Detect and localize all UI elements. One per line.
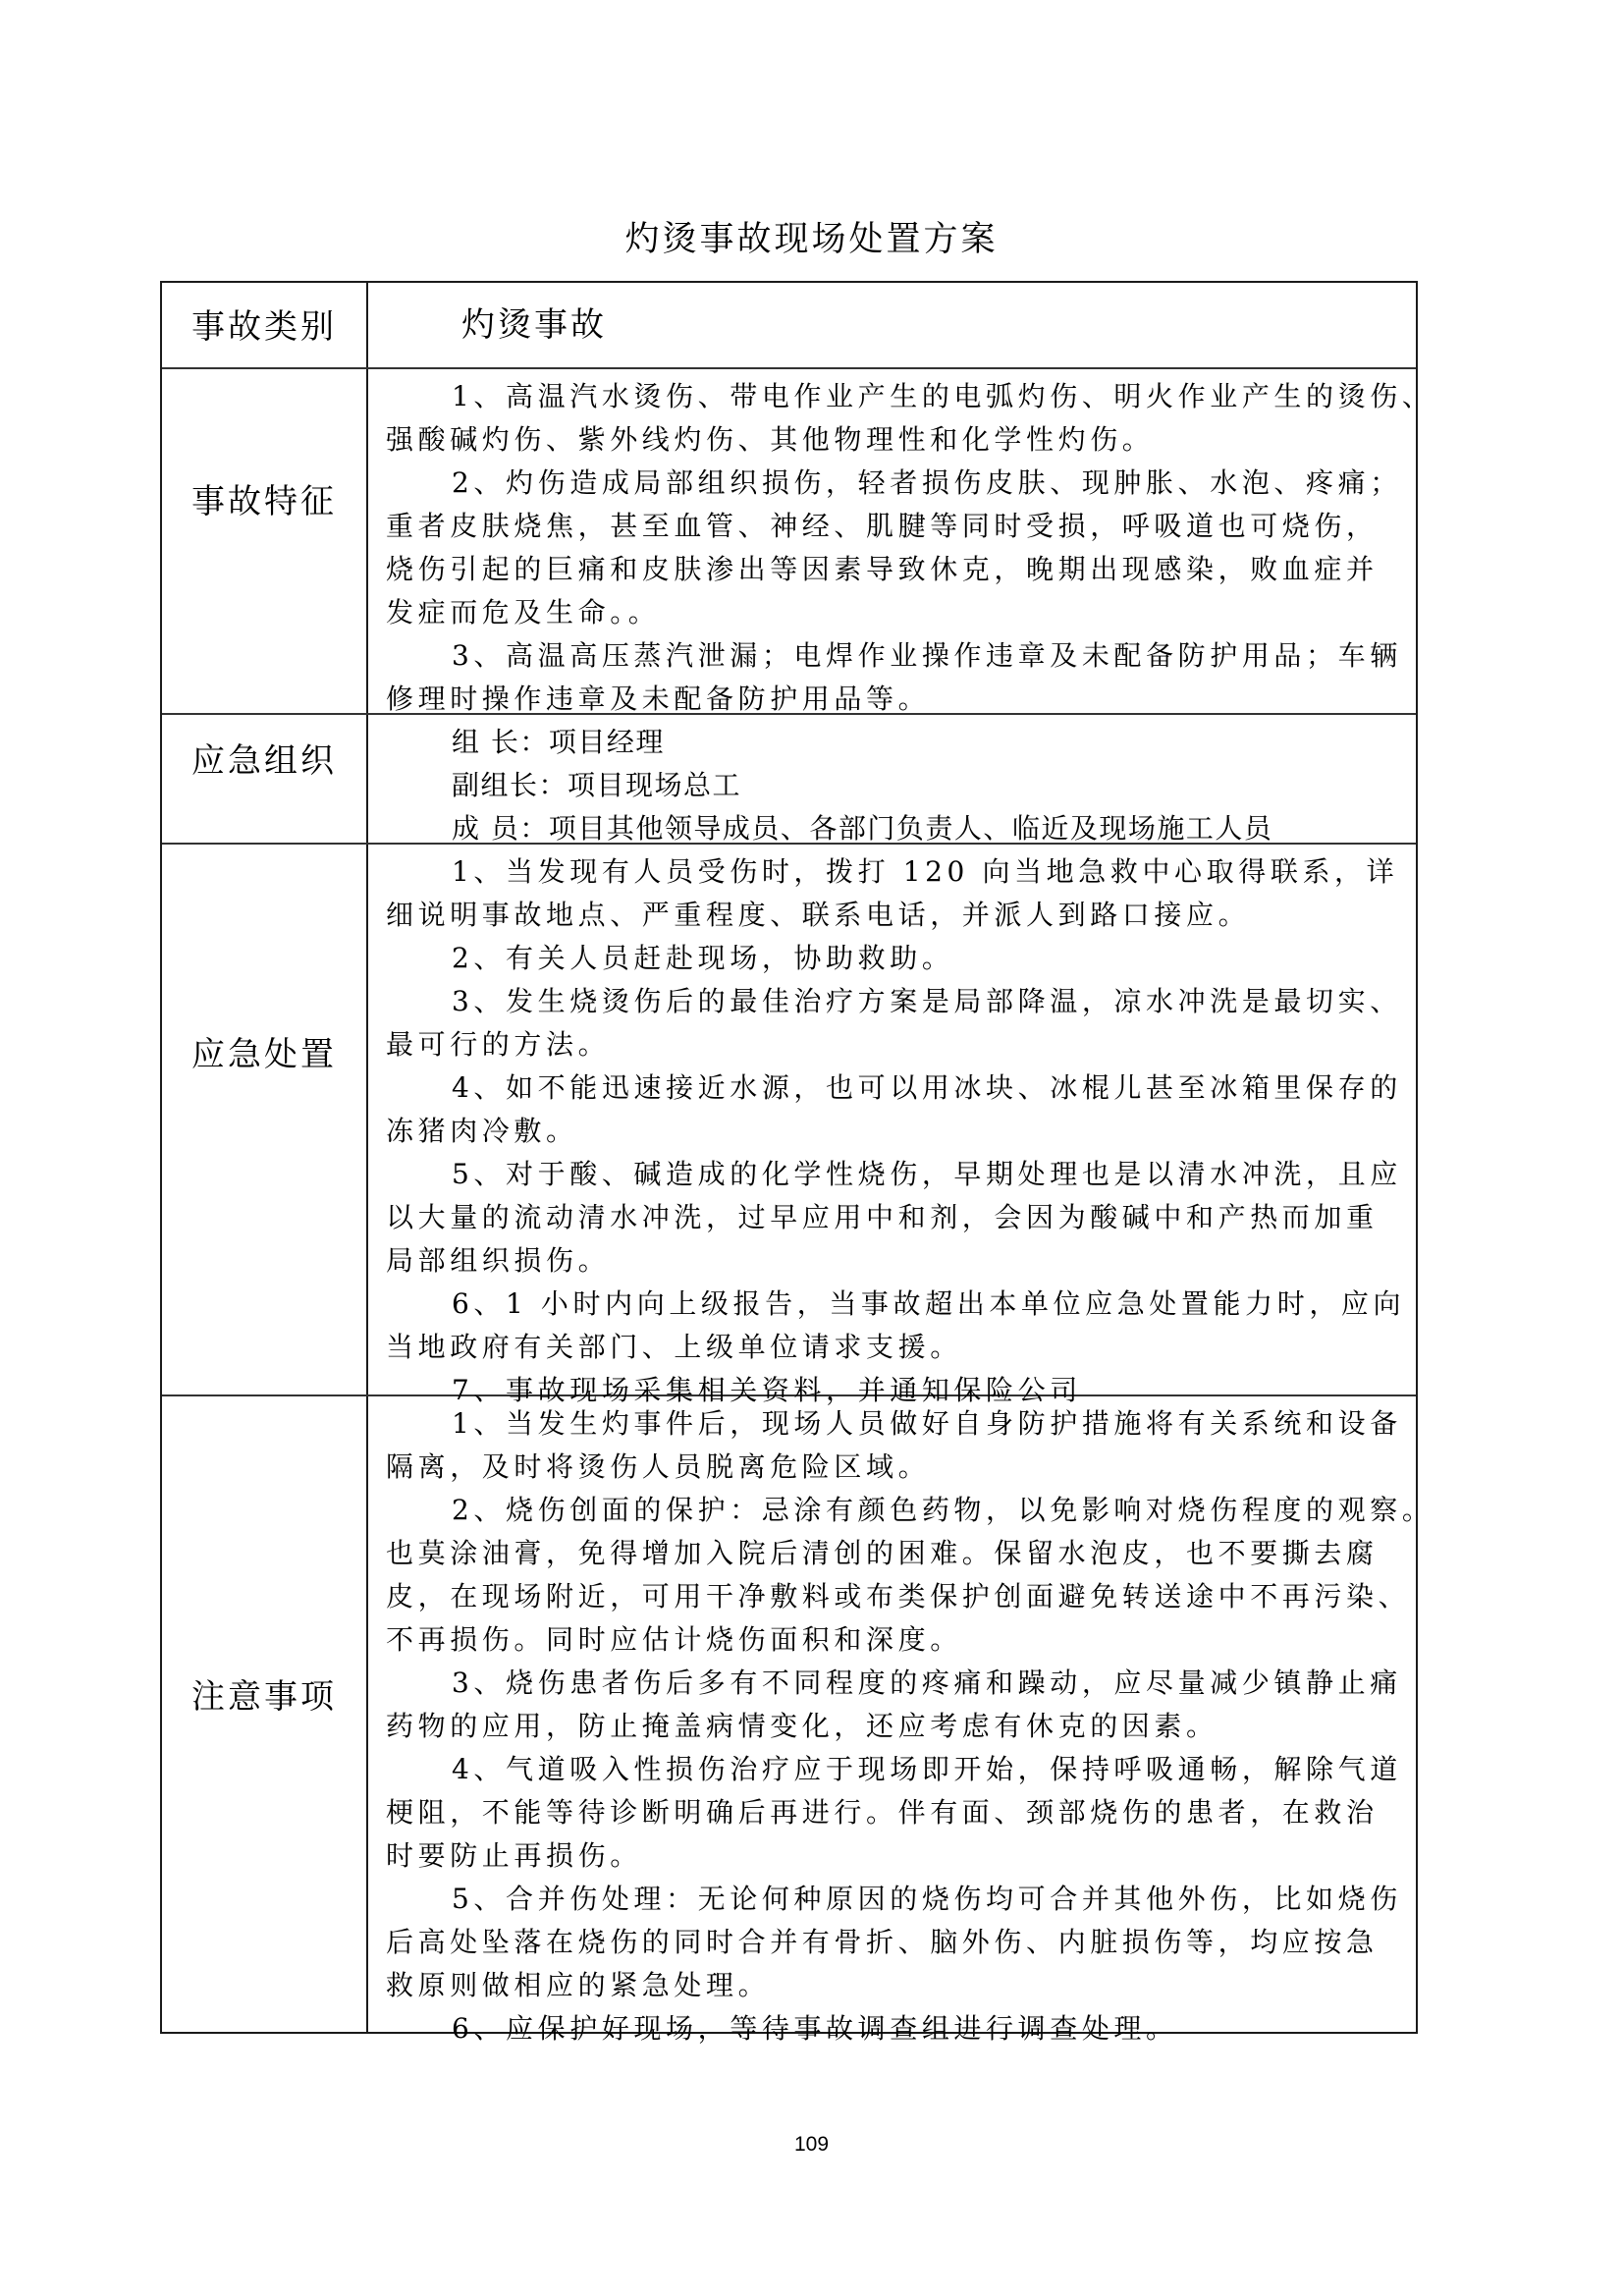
paragraph-line: 隔离，及时将烫伤人员脱离危险区域。: [386, 1446, 1406, 1489]
row-content: 1、当发现有人员受伤时，拨打 120 向当地急救中心取得联系，详细说明事故地点、…: [368, 845, 1416, 1394]
paragraph-line: 梗阻，不能等待诊断明确后再进行。伴有面、颈部烧伤的患者，在救治: [386, 1791, 1406, 1834]
row-label: 事故类别: [162, 283, 368, 367]
row-content: 1、当发生灼事件后，现场人员做好自身防护措施将有关系统和设备隔离，及时将烫伤人员…: [368, 1396, 1416, 2034]
page-number: 109: [0, 2133, 1623, 2157]
paragraph-line: 以大量的流动清水冲洗，过早应用中和剂，会因为酸碱中和产热而加重: [386, 1196, 1406, 1239]
row-content: 组 长：项目经理副组长：项目现场总工成 员：项目其他领导成员、各部门负责人、临近…: [368, 715, 1416, 843]
row-content: 1、高温汽水烫伤、带电作业产生的电弧灼伤、明火作业产生的烫伤、强酸碱灼伤、紫外线…: [368, 369, 1416, 713]
row-content: 灼烫事故: [368, 283, 1416, 367]
row-label: 注意事项: [162, 1396, 368, 2034]
table-row-response: 应急处置 1、当发现有人员受伤时，拨打 120 向当地急救中心取得联系，详细说明…: [162, 845, 1416, 1396]
paragraph-line: 冻猪肉冷敷。: [386, 1110, 1406, 1153]
paragraph-line: 3、烧伤患者伤后多有不同程度的疼痛和躁动，应尽量减少镇静止痛: [386, 1662, 1406, 1705]
row-label: 事故特征: [162, 369, 368, 713]
paragraph-line: 副组长：项目现场总工: [386, 764, 1406, 807]
paragraph-line: 6、1 小时内向上级报告，当事故超出本单位应急处置能力时，应向: [386, 1283, 1406, 1326]
disposal-plan-table: 事故类别 灼烫事故 事故特征 1、高温汽水烫伤、带电作业产生的电弧灼伤、明火作业…: [160, 281, 1418, 2034]
paragraph-line: 5、合并伤处理：无论何种原因的烧伤均可合并其他外伤，比如烧伤: [386, 1878, 1406, 1921]
paragraph-line: 4、如不能迅速接近水源，也可以用冰块、冰棍儿甚至冰箱里保存的: [386, 1066, 1406, 1110]
paragraph-line: 皮，在现场附近，可用干净敷料或布类保护创面避免转送途中不再污染、: [386, 1575, 1406, 1618]
table-row-organization: 应急组织 组 长：项目经理副组长：项目现场总工成 员：项目其他领导成员、各部门负…: [162, 715, 1416, 845]
paragraph-line: 发症而危及生命。。: [386, 591, 1406, 634]
paragraph-line: 局部组织损伤。: [386, 1239, 1406, 1283]
paragraph-line: 1、当发生灼事件后，现场人员做好自身防护措施将有关系统和设备: [386, 1402, 1406, 1446]
paragraph-line: 救原则做相应的紧急处理。: [386, 1964, 1406, 2007]
paragraph-line: 药物的应用，防止掩盖病情变化，还应考虑有休克的因素。: [386, 1705, 1406, 1748]
paragraph-line: 1、高温汽水烫伤、带电作业产生的电弧灼伤、明火作业产生的烫伤、: [386, 375, 1406, 418]
table-row-precautions: 注意事项 1、当发生灼事件后，现场人员做好自身防护措施将有关系统和设备隔离，及时…: [162, 1396, 1416, 2034]
row-label: 应急处置: [162, 845, 368, 1394]
category-value: 灼烫事故: [368, 283, 1416, 368]
paragraph-line: 3、高温高压蒸汽泄漏；电焊作业操作违章及未配备防护用品；车辆: [386, 634, 1406, 678]
paragraph-line: 最可行的方法。: [386, 1023, 1406, 1066]
paragraph-line: 组 长：项目经理: [386, 721, 1406, 764]
paragraph-line: 烧伤引起的巨痛和皮肤渗出等因素导致休克，晚期出现感染，败血症并: [386, 548, 1406, 591]
paragraph-line: 2、烧伤创面的保护：忌涂有颜色药物，以免影响对烧伤程度的观察。: [386, 1489, 1406, 1532]
paragraph-line: 后高处坠落在烧伤的同时合并有骨折、脑外伤、内脏损伤等，均应按急: [386, 1921, 1406, 1964]
paragraph-line: 5、对于酸、碱造成的化学性烧伤，早期处理也是以清水冲洗，且应: [386, 1153, 1406, 1196]
paragraph-line: 2、灼伤造成局部组织损伤，轻者损伤皮肤、现肿胀、水泡、疼痛；: [386, 462, 1406, 505]
paragraph-line: 3、发生烧烫伤后的最佳治疗方案是局部降温，凉水冲洗是最切实、: [386, 980, 1406, 1023]
paragraph-line: 细说明事故地点、严重程度、联系电话，并派人到路口接应。: [386, 894, 1406, 937]
page-title: 灼烫事故现场处置方案: [0, 218, 1623, 261]
paragraph-line: 当地政府有关部门、上级单位请求支援。: [386, 1326, 1406, 1369]
table-row-features: 事故特征 1、高温汽水烫伤、带电作业产生的电弧灼伤、明火作业产生的烫伤、强酸碱灼…: [162, 369, 1416, 715]
paragraph-line: 4、气道吸入性损伤治疗应于现场即开始，保持呼吸通畅，解除气道: [386, 1748, 1406, 1791]
paragraph-line: 不再损伤。同时应估计烧伤面积和深度。: [386, 1618, 1406, 1662]
paragraph-line: 6、应保护好现场，等待事故调查组进行调查处理。: [386, 2007, 1406, 2050]
paragraph-line: 重者皮肤烧焦，甚至血管、神经、肌腱等同时受损，呼吸道也可烧伤，: [386, 505, 1406, 548]
paragraph-line: 2、有关人员赶赴现场，协助救助。: [386, 937, 1406, 980]
paragraph-line: 强酸碱灼伤、紫外线灼伤、其他物理性和化学性灼伤。: [386, 418, 1406, 462]
paragraph-line: 也莫涂油膏，免得增加入院后清创的困难。保留水泡皮，也不要撕去腐: [386, 1532, 1406, 1575]
table-row-category: 事故类别 灼烫事故: [162, 283, 1416, 369]
paragraph-line: 1、当发现有人员受伤时，拨打 120 向当地急救中心取得联系，详: [386, 850, 1406, 894]
paragraph-line: 时要防止再损伤。: [386, 1834, 1406, 1878]
row-label: 应急组织: [162, 715, 368, 843]
